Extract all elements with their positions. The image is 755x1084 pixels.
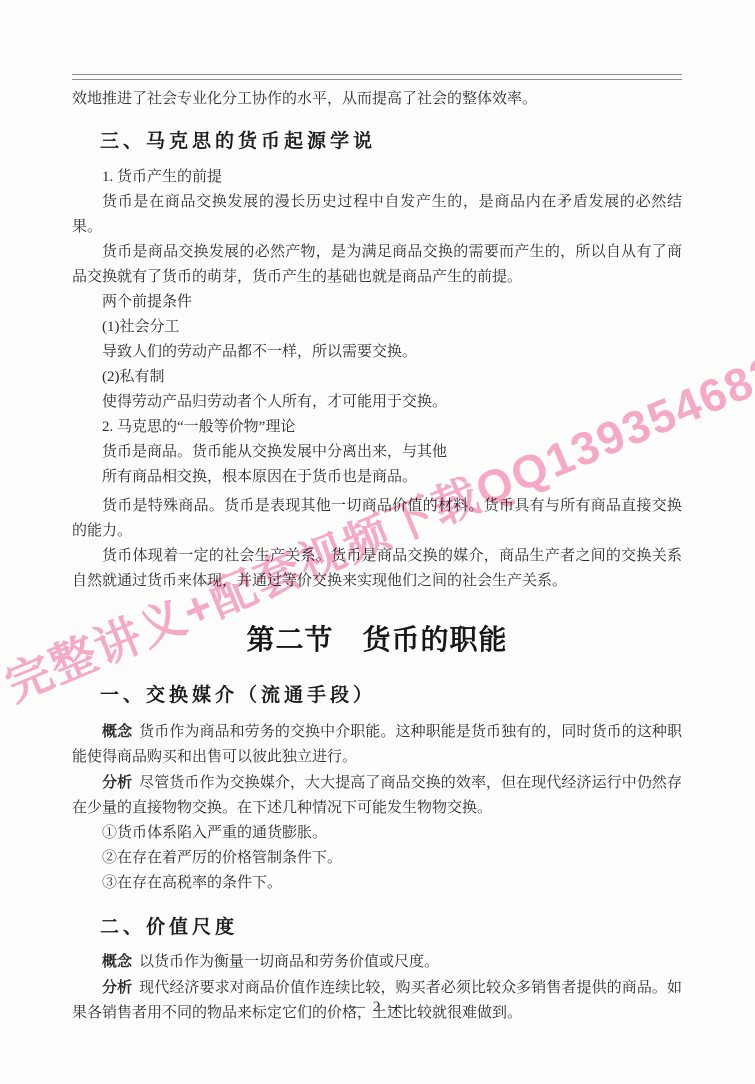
keyword-concept-label: 概念 <box>102 723 132 740</box>
page-content: 效地推进了社会专业化分工协作的水平，从而提高了社会的整体效率。 三、马克思的货币… <box>72 74 682 1026</box>
paragraph-two-premises-title: 两个前提条件 <box>72 290 682 315</box>
paragraph-money-is-commodity-line1: 货币是商品。货币能从交换发展中分离出来，与其他 <box>72 440 682 465</box>
premise-2-label: (2)私有制 <box>72 365 682 390</box>
section-heading-value-measure: 二、价值尺度 <box>100 918 682 937</box>
concept-text: 货币作为商品和劳务的交换中介职能。这种职能是货币独有的，同时货币的这种职能使得商… <box>72 724 682 765</box>
chapter-heading-money-functions: 第二节 货币的职能 <box>72 624 682 658</box>
paragraph-opening-continuation: 效地推进了社会专业化分工协作的水平，从而提高了社会的整体效率。 <box>72 87 682 112</box>
paragraph-money-social-relations: 货币体现着一定的社会生产关系。货币是商品交换的媒介，商品生产者之间的交换关系自然… <box>72 544 682 594</box>
scanned-document-page: 效地推进了社会专业化分工协作的水平，从而提高了社会的整体效率。 三、马克思的货币… <box>0 0 755 1084</box>
section-heading-marx-theory: 三、马克思的货币起源学说 <box>100 132 682 151</box>
premise-2-text: 使得劳动产品归劳动者个人所有，才可能用于交换。 <box>72 390 682 415</box>
keyword-concept-label: 概念 <box>102 953 132 970</box>
paragraph-concept-value-measure: 概念以货币作为衡量一切商品和劳务价值或尺度。 <box>72 949 682 975</box>
list-item-title-premise: 1. 货币产生的前提 <box>72 165 682 190</box>
premise-1-text: 导致人们的劳动产品都不一样，所以需要交换。 <box>72 340 682 365</box>
list-item-barter-case-1: ①货币体系陷入严重的通货膨胀。 <box>72 821 682 846</box>
list-item-barter-case-3: ③在存在高税率的条件下。 <box>72 871 682 896</box>
list-item-title-equivalent-theory: 2. 马克思的“一般等价物”理论 <box>72 415 682 440</box>
concept-text: 以货币作为衡量一切商品和劳务价值或尺度。 <box>139 954 439 970</box>
paragraph-money-special-commodity: 货币是特殊商品。货币是表现其他一切商品价值的材料。货币具有与所有商品直接交换的能… <box>72 494 682 544</box>
paragraph-money-origin: 货币是在商品交换发展的漫长历史过程中自发产生的，是商品内在矛盾发展的必然结果。 <box>72 190 682 240</box>
keyword-analysis-label: 分析 <box>102 774 132 791</box>
premise-1-label: (1)社会分工 <box>72 315 682 340</box>
paragraph-concept-exchange-medium: 概念货币作为商品和劳务的交换中介职能。这种职能是货币独有的，同时货币的这种职能使… <box>72 719 682 770</box>
list-item-barter-case-2: ②在存在着严厉的价格管制条件下。 <box>72 846 682 871</box>
analysis-text: 尽管货币作为交换媒介，大大提高了商品交换的效率，但在现代经济运行中仍然存在少量的… <box>72 775 682 816</box>
section-heading-exchange-medium: 一、交换媒介（流通手段） <box>100 686 682 705</box>
paragraph-money-is-commodity-line2: 所有商品相交换，根本原因在于货币也是商品。 <box>72 465 682 490</box>
page-number: — 2 — <box>0 995 755 1020</box>
paragraph-analysis-exchange-medium: 分析尽管货币作为交换媒介，大大提高了商品交换的效率，但在现代经济运行中仍然存在少… <box>72 770 682 821</box>
keyword-analysis-label: 分析 <box>102 979 132 996</box>
paragraph-money-inevitable-product: 货币是商品交换发展的必然产物，是为满足商品交换的需要而产生的，所以自从有了商品交… <box>72 240 682 290</box>
header-double-rule <box>72 74 682 80</box>
